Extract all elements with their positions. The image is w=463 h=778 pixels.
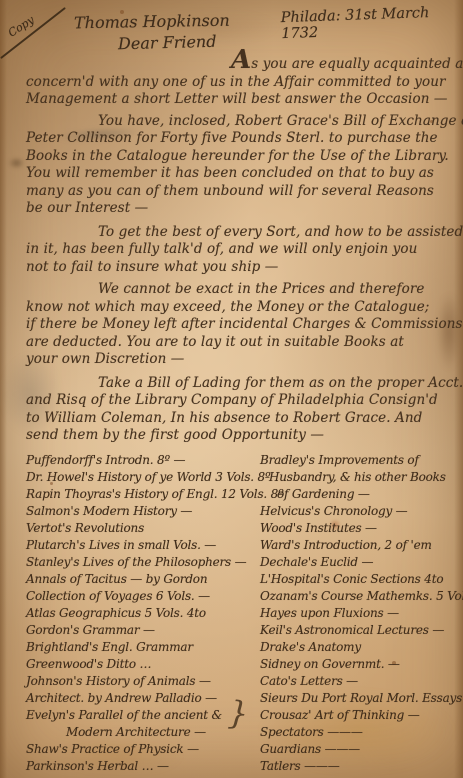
letter-line: know not which may exceed, the Money or …: [26, 299, 457, 317]
book-list-item-continuation: Modern Architecture —: [26, 724, 258, 741]
book-list-item: Greenwood's Ditto …: [26, 656, 258, 673]
book-list-item: Tatlers ———: [260, 758, 458, 775]
book-list-item: Plutarch's Lives in small Vols. —: [26, 537, 258, 554]
letter-line: not to fail to insure what you ship —: [26, 259, 457, 277]
paragraph: We cannot be exact in the Prices and the…: [26, 281, 457, 369]
book-list-item: Dechale's Euclid —: [260, 554, 458, 571]
book-list-item: Puffendorff's Introdn. 8º —: [26, 452, 258, 469]
book-list-item: Architect. by Andrew Palladio —: [26, 690, 258, 707]
book-list-item: Keil's Astronomical Lectures —: [260, 622, 458, 639]
letter-line: be our Interest —: [26, 200, 457, 218]
book-list-item: Johnson's History of Animals —: [26, 673, 258, 690]
book-list-item: Parkinson's Herbal … —: [26, 758, 258, 775]
book-list-item: Salmon's Modern History —: [26, 503, 258, 520]
book-list-item: Gordon's Grammar —: [26, 622, 258, 639]
letter-line: in it, has been fully talk'd of, and we …: [26, 241, 457, 259]
letter-line: To get the best of every Sort, and how t…: [26, 224, 457, 242]
letter-line: As you are equally acquainted and: [26, 52, 457, 74]
book-list-item-continuation: Husbandry, & his other Books: [260, 469, 458, 486]
letter-line: concern'd with any one of us in the Affa…: [26, 74, 457, 92]
paragraph: As you are equally acquainted and concer…: [26, 52, 457, 109]
letter-line: are deducted. You are to lay it out in s…: [26, 334, 457, 352]
letter-line: You have, inclosed, Robert Grace's Bill …: [26, 113, 457, 131]
paragraph: To get the best of every Sort, and how t…: [26, 224, 457, 277]
book-list-item: Evelyn's Parallel of the ancient &: [26, 707, 258, 724]
book-list-item: Rapin Thoyras's History of Engl. 12 Vols…: [26, 486, 258, 503]
book-list-item: Shaw's Practice of Physick —: [26, 741, 258, 758]
book-list-item: Ward's Introduction, 2 of 'em: [260, 537, 458, 554]
book-list-item: Bradley's Improvements of: [260, 452, 458, 469]
book-list-item: L'Hospital's Conic Sections 4to: [260, 571, 458, 588]
salutation: Dear Friend: [118, 32, 217, 54]
dateline: Philada: 31st March 1732: [280, 4, 463, 42]
book-list-item: Sieurs Du Port Royal Morl. Essays: [260, 690, 458, 707]
book-list-item: Stanley's Lives of the Philosophers —: [26, 554, 258, 571]
book-list-item: Atlas Geographicus 5 Vols. 4to: [26, 605, 258, 622]
letter-line: and Risq of the Library Company of Phila…: [26, 392, 457, 410]
letter-line: to William Coleman, In his absence to Ro…: [26, 410, 457, 428]
copy-mark: Copy: [6, 13, 37, 39]
book-list-item: Brightland's Engl. Grammar: [26, 639, 258, 656]
book-list-item: Annals of Tacitus — by Gordon: [26, 571, 258, 588]
letter-line: if there be Money left after incidental …: [26, 316, 457, 334]
letter-line: Peter Collinson for Forty five Pounds St…: [26, 130, 457, 148]
book-list-left-column: Puffendorff's Introdn. 8º — Dr. Howel's …: [26, 452, 258, 775]
stain: [8, 157, 25, 169]
recipient-name: Thomas Hopkinson: [74, 11, 230, 33]
book-list-item: Dr. Howel's History of ye World 3 Vols. …: [26, 469, 258, 486]
paragraph: Take a Bill of Lading for them as on the…: [26, 375, 457, 445]
book-list-item: Vertot's Revolutions: [26, 520, 258, 537]
book-list-item: Helvicus's Chronology —: [260, 503, 458, 520]
book-list-item: Hayes upon Fluxions —: [260, 605, 458, 622]
letter-line: your own Discretion —: [26, 351, 457, 369]
letter-line: Take a Bill of Lading for them as on the…: [26, 375, 457, 393]
book-list-item: Crousaz' Art of Thinking —: [260, 707, 458, 724]
book-list-item: Spectators ———: [260, 724, 458, 741]
book-list-item: Collection of Voyages 6 Vols. —: [26, 588, 258, 605]
book-list-item: Drake's Anatomy: [260, 639, 458, 656]
page-left-edge-shading: [0, 0, 7, 778]
letter-body: As you are equally acquainted and concer…: [26, 52, 457, 445]
book-list-item: Sidney on Governmt. —: [260, 656, 458, 673]
letter-line: Management a short Letter will best answ…: [26, 91, 457, 109]
letter-line: You will remember it has been concluded …: [26, 165, 457, 183]
book-list-item-continuation: of Gardening —: [260, 486, 458, 503]
book-list-item: Cato's Letters —: [260, 673, 458, 690]
brace-flourish: }: [227, 693, 250, 732]
book-list-item: Ozanam's Course Mathemks. 5 Vols.: [260, 588, 458, 605]
book-list-item: Guardians ———: [260, 741, 458, 758]
letter-line: send them by the first good Opportunity …: [26, 427, 457, 445]
book-list-item: Wood's Institutes —: [260, 520, 458, 537]
letter-line: We cannot be exact in the Prices and the…: [26, 281, 457, 299]
letter-line: many as you can of them unbound will for…: [26, 183, 457, 201]
book-list-right-column: Bradley's Improvements of Husbandry, & h…: [260, 452, 458, 775]
paragraph: You have, inclosed, Robert Grace's Bill …: [26, 113, 457, 218]
manuscript-page: Copy Thomas Hopkinson Philada: 31st Marc…: [0, 0, 463, 778]
letter-line: Books in the Catalogue hereunder for the…: [26, 148, 457, 166]
